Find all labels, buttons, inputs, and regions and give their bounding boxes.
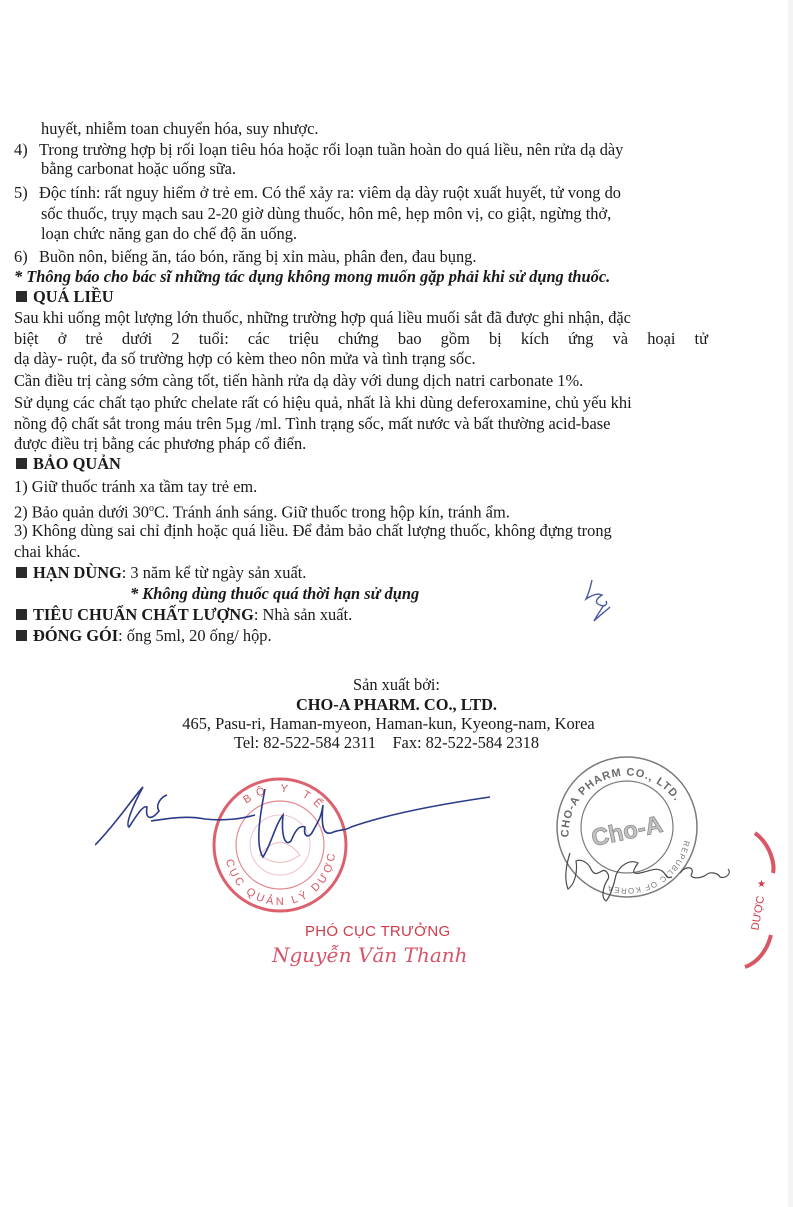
document-page: huyết, nhiễm toan chuyển hóa, suy nhược.…: [0, 0, 793, 1207]
official-signature-icon: [95, 775, 495, 895]
square-bullet-icon: [16, 609, 27, 620]
shelf-life-row: HẠN DÙNG: 3 năm kể từ ngày sản xuất.: [16, 563, 306, 583]
quality-value: : Nhà sản xuất.: [254, 605, 352, 624]
partial-stamp-icon: ★ DƯỢC: [735, 825, 793, 975]
shelf-life-heading: HẠN DÙNG: [33, 563, 122, 582]
manufactured-by-label: Sản xuất bởi:: [0, 675, 793, 695]
overdose-line: Cần điều trị càng sớm càng tốt, tiến hàn…: [14, 371, 583, 391]
shelf-life-warning: * Không dùng thuốc quá thời hạn sử dụng: [130, 584, 419, 604]
side-effect-item-5-line3: loạn chức năng gan do chế độ ăn uống.: [41, 224, 297, 244]
shelf-life-value: : 3 năm kể từ ngày sản xuất.: [122, 563, 307, 582]
quality-row: TIÊU CHUẨN CHẤT LƯỢNG: Nhà sản xuất.: [16, 605, 352, 625]
side-effect-item-4-line2: bằng carbonat hoặc uống sữa.: [41, 159, 236, 179]
quality-heading: TIÊU CHUẨN CHẤT LƯỢNG: [33, 605, 254, 624]
initials-signature-icon: [580, 575, 620, 625]
manufacturer-address: 465, Pasu-ri, Haman-myeon, Haman-kun, Ky…: [0, 714, 777, 734]
side-effects-continuation: huyết, nhiễm toan chuyển hóa, suy nhược.: [41, 119, 318, 139]
company-signature-icon: [560, 845, 745, 905]
square-bullet-icon: [16, 291, 27, 302]
svg-text:★: ★: [757, 879, 766, 890]
side-effect-item-4: 4)Trong trường hợp bị rối loạn tiêu hóa …: [14, 140, 623, 160]
storage-item-3: 3) Không dùng sai chỉ định hoặc quá liều…: [14, 521, 612, 541]
packaging-value: : ống 5ml, 20 ống/ hộp.: [118, 626, 271, 645]
overdose-line: được điều trị bằng các phương pháp cổ đi…: [14, 434, 306, 454]
square-bullet-icon: [16, 630, 27, 641]
side-effect-item-5: 5)Độc tính: rất nguy hiểm ở trẻ em. Có t…: [14, 183, 621, 203]
overdose-line: Sau khi uống một lượng lớn thuốc, những …: [14, 308, 631, 328]
side-effect-item-5-line2: sốc thuốc, trụy mạch sau 2-20 giờ dùng t…: [41, 204, 611, 224]
side-effect-item-6: 6)Buồn nôn, biếng ăn, táo bón, răng bị x…: [14, 247, 476, 267]
storage-item-2: 2) Bảo quản dưới 30oC. Tránh ánh sáng. G…: [14, 499, 510, 522]
overdose-line: biệt ở trẻ dưới 2 tuổi: các triệu chứng …: [14, 329, 708, 349]
manufacturer-name: CHO-A PHARM. CO., LTD.: [0, 695, 793, 715]
official-signer-name: Nguyễn Văn Thanh: [272, 945, 468, 965]
packaging-heading: ĐÓNG GÓI: [33, 626, 118, 645]
overdose-line: nồng độ chất sắt trong máu trên 5µg /ml.…: [14, 414, 610, 434]
square-bullet-icon: [16, 567, 27, 578]
packaging-row: ĐÓNG GÓI: ống 5ml, 20 ống/ hộp.: [16, 626, 272, 646]
overdose-line: Sử dụng các chất tạo phức chelate rất có…: [14, 393, 632, 413]
storage-heading: BẢO QUẢN: [16, 454, 121, 474]
svg-text:DƯỢC: DƯỢC: [749, 895, 767, 931]
square-bullet-icon: [16, 458, 27, 469]
page-edge: [788, 0, 793, 1207]
overdose-heading: QUÁ LIỀU: [16, 287, 114, 307]
storage-item-1: 1) Giữ thuốc tránh xa tầm tay trẻ em.: [14, 477, 257, 497]
overdose-line: dạ dày- ruột, đa số trường hợp có kèm th…: [14, 349, 476, 369]
official-title: PHÓ CỤC TRƯỞNG: [305, 922, 450, 942]
storage-item-3-line2: chai khác.: [14, 542, 80, 562]
side-effects-notice: * Thông báo cho bác sĩ những tác dụng kh…: [14, 267, 610, 287]
